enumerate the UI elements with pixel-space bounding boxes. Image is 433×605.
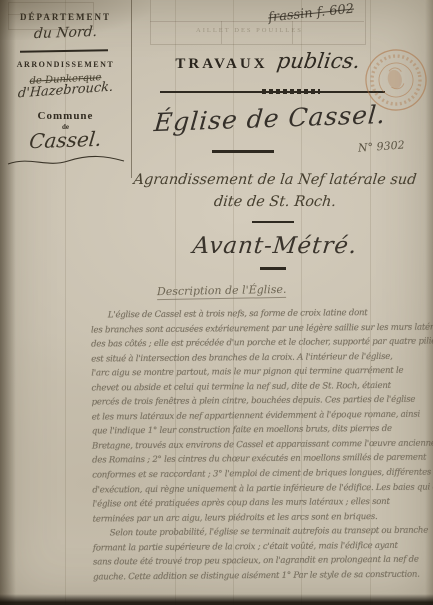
manuscript-body: L'église de Cassel est à trois nefs, sa … — [91, 306, 431, 585]
main-title: TRAVAUX publics. — [150, 49, 385, 73]
page-edge-shadow — [0, 594, 433, 605]
section-rule — [260, 267, 286, 270]
section-heading: Avant-Métré. — [124, 233, 427, 259]
ghost-table-line — [150, 21, 364, 22]
doc-title-rule — [212, 150, 274, 153]
page-edge-shadow — [425, 0, 433, 605]
doc-number: N° 9302 — [358, 138, 405, 154]
corner-shadow — [0, 0, 150, 40]
description-heading: Description de l'Église. — [157, 283, 287, 300]
manuscript-line: gauche. Cette addition se distingue aisé… — [93, 567, 431, 584]
subject-line2: dite de St. Roch. — [124, 194, 426, 210]
margin-rule — [20, 49, 108, 53]
flourish-squiggle — [6, 152, 126, 172]
manuscript-line: l'église ont été pratiquées après coup d… — [92, 495, 430, 512]
page-edge-shadow — [0, 0, 16, 605]
commune-value: Cassel. — [0, 126, 132, 155]
document-page: AILLET DES POUILLES DÉPARTEMENT du Nord.… — [0, 0, 433, 605]
arrondissement-label: ARRONDISSEMENT — [0, 60, 131, 69]
title-script: publics. — [275, 49, 361, 73]
title-rule-ornament — [262, 89, 320, 94]
subject-rule — [252, 221, 294, 223]
subject-line1: Agrandissement de la Nef latérale sud — [124, 172, 426, 188]
title-printed: TRAVAUX — [175, 56, 267, 73]
ghost-showthrough-text: AILLET DES POUILLES — [196, 27, 303, 34]
commune-label: Commune — [0, 110, 131, 122]
